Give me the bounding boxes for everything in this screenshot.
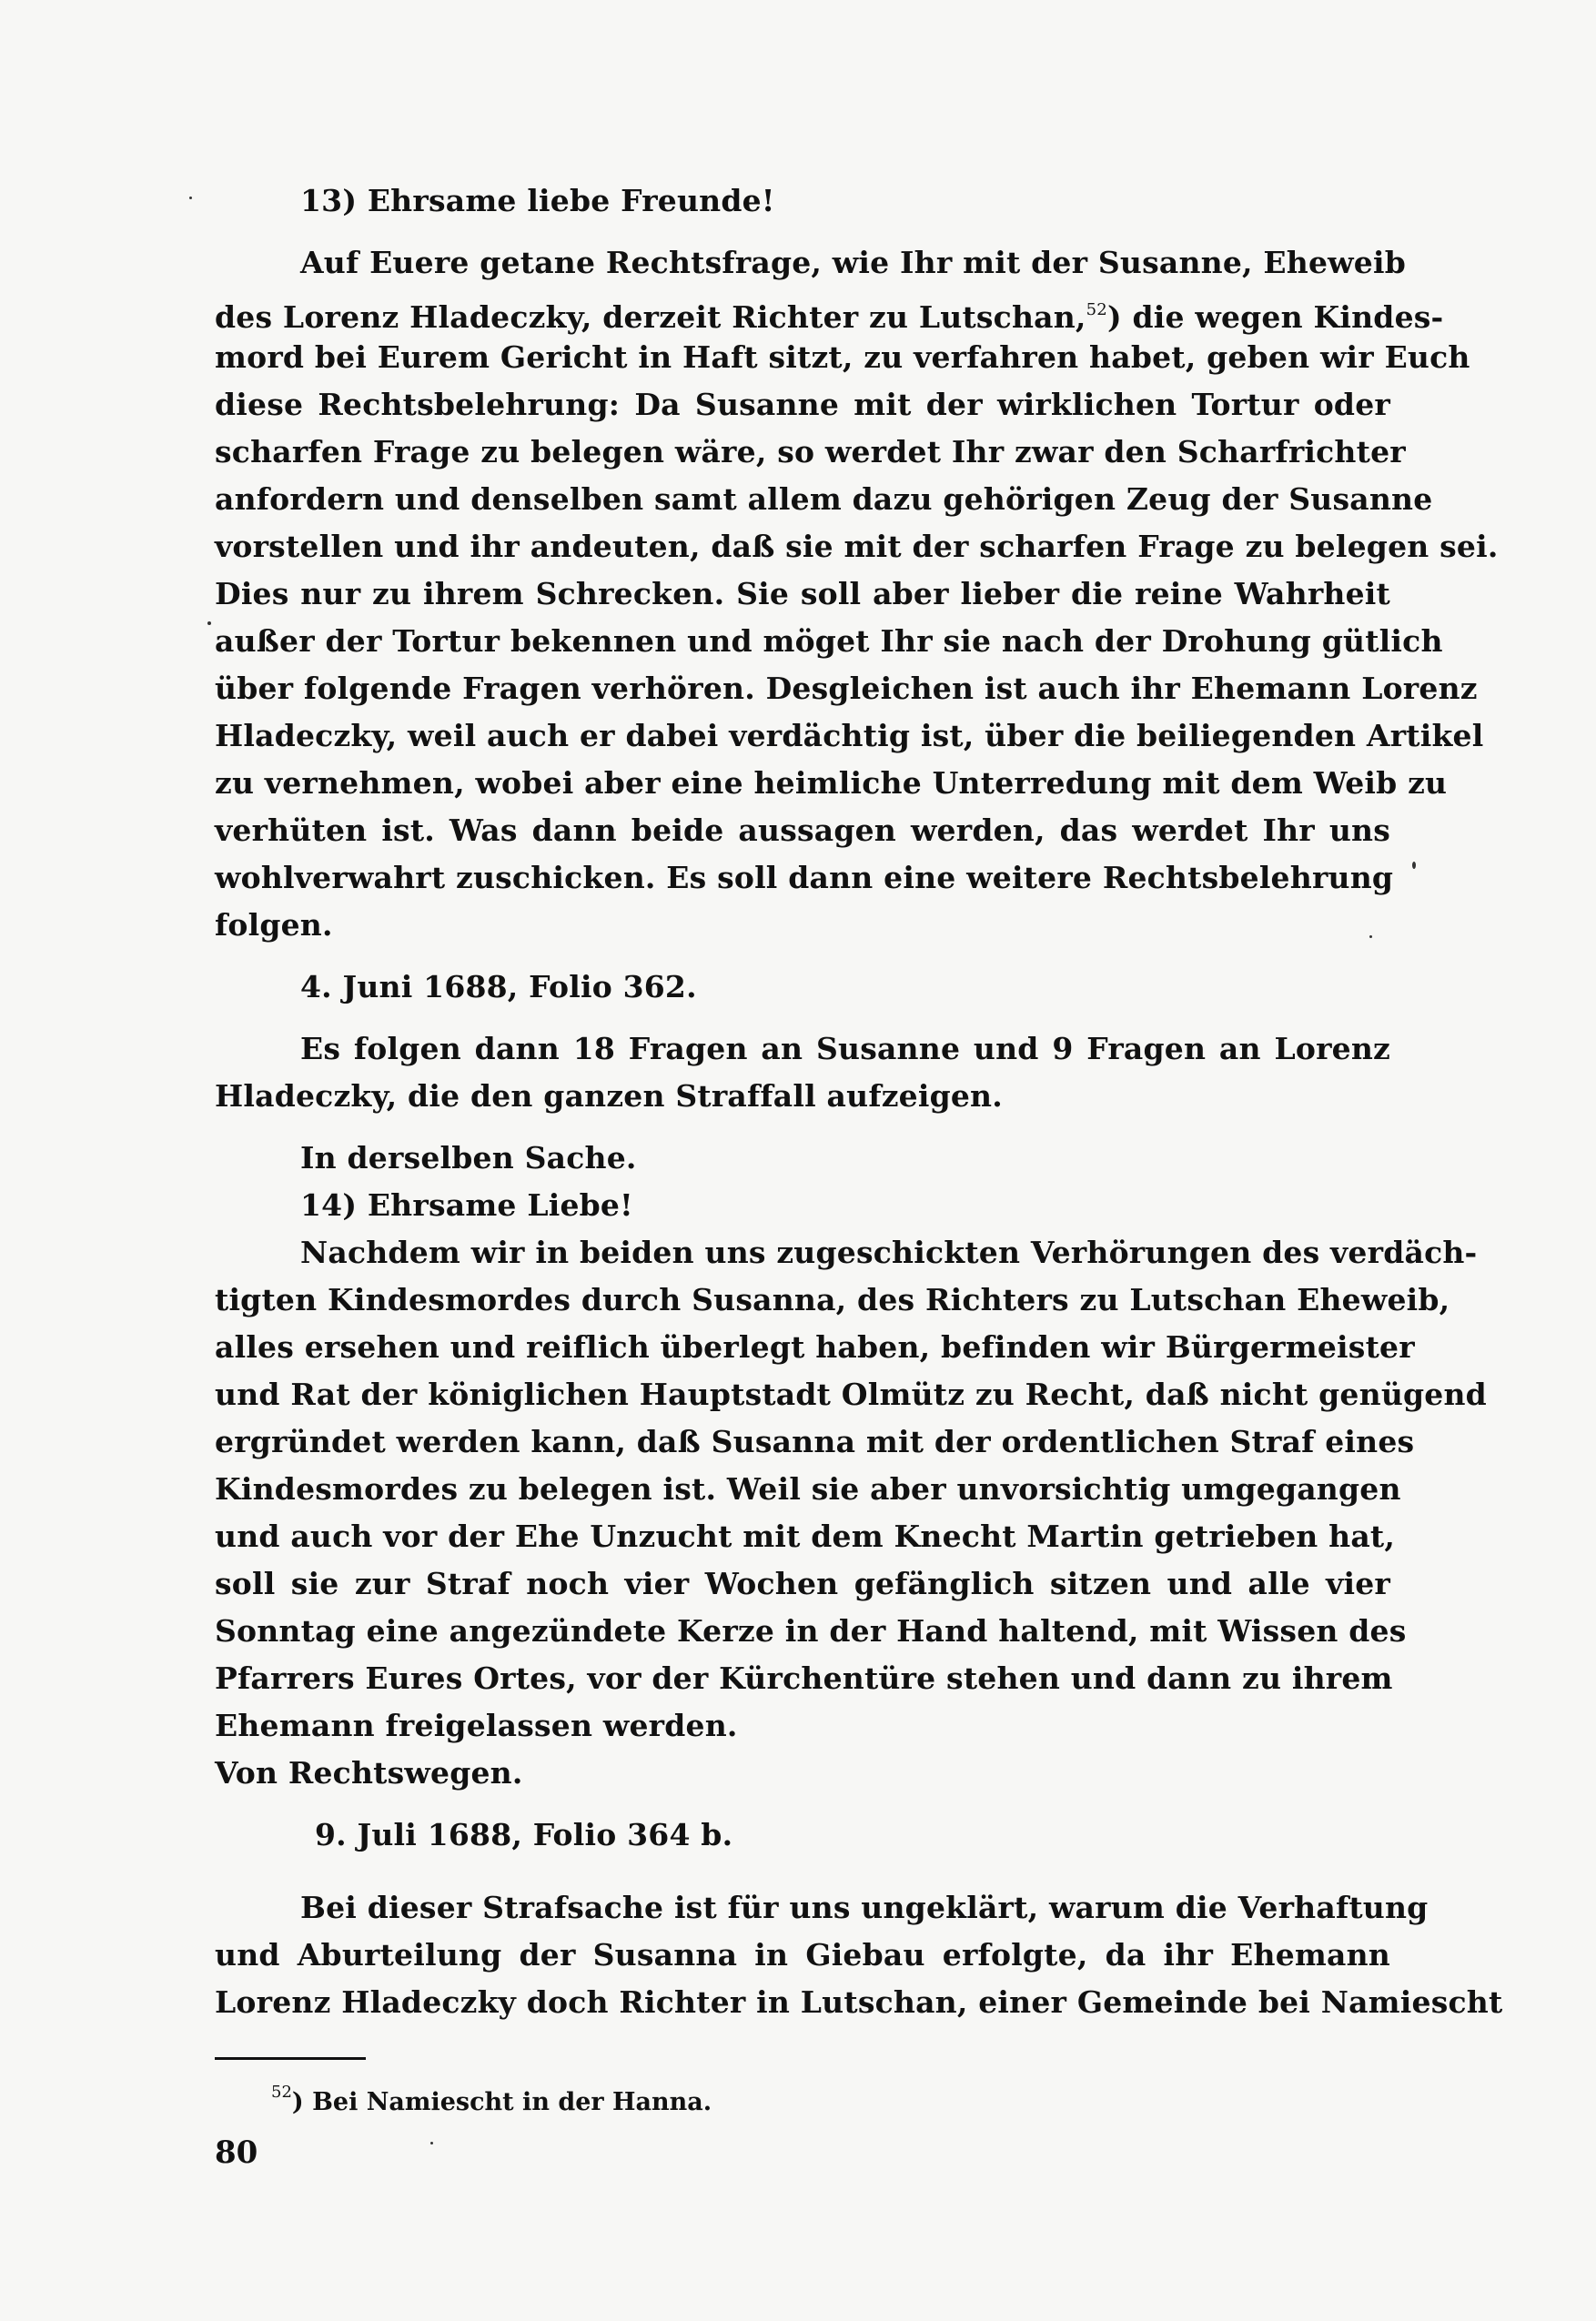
letter-14-closing: Von Rechtswegen.: [215, 1750, 1390, 1797]
body-line: scharfen Frage zu belegen wäre, so werde…: [215, 429, 1390, 476]
same-case-note: In derselben Sache.: [215, 1135, 1390, 1182]
body-line: Hladeczky, die den ganzen Straffall aufz…: [215, 1073, 1390, 1120]
letter-13-heading: 13) Ehrsame liebe Freunde!: [215, 177, 1390, 225]
scan-speck: [207, 621, 211, 625]
body-line: und Rat der königlichen Hauptstadt Olmüt…: [215, 1371, 1390, 1418]
body-line: anfordern und denselben samt allem dazu …: [215, 476, 1390, 523]
scan-speck: [1412, 862, 1416, 869]
body-line: über folgende Fragen verhören. Desgleich…: [215, 665, 1390, 712]
body-line: Pfarrers Eures Ortes, vor der Kürchentür…: [215, 1655, 1390, 1702]
footnote-ref[interactable]: 52: [1086, 300, 1107, 319]
body-line: Kindesmordes zu belegen ist. Weil sie ab…: [215, 1466, 1390, 1513]
page-body: 13) Ehrsame liebe Freunde! Auf Euere get…: [215, 177, 1390, 2026]
body-text: ) die wegen Kindes-: [1107, 299, 1444, 335]
body-line: Lorenz Hladeczky doch Richter in Lutscha…: [215, 1979, 1390, 2026]
letter-14-date: 9. Juli 1688, Folio 364 b.: [215, 1811, 1390, 1859]
body-line: und Aburteilung der Susanna in Giebau er…: [215, 1932, 1390, 1979]
body-line: zu vernehmen, wobei aber eine heimliche …: [215, 760, 1390, 807]
footnote-text: ) Bei Namiescht in der Hanna.: [292, 2088, 712, 2116]
body-line: mord bei Eurem Gericht in Haft sitzt, zu…: [215, 334, 1390, 381]
scan-speck: [189, 197, 192, 199]
body-line: und auch vor der Ehe Unzucht mit dem Kne…: [215, 1513, 1390, 1560]
letter-14-heading: 14) Ehrsame Liebe!: [215, 1182, 1390, 1229]
body-line: Dies nur zu ihrem Schrecken. Sie soll ab…: [215, 570, 1390, 618]
body-line: Nachdem wir in beiden uns zugeschickten …: [215, 1229, 1390, 1277]
footnote: 52) Bei Namiescht in der Hanna.: [271, 2074, 712, 2121]
body-line: ergründet werden kann, daß Susanna mit d…: [215, 1418, 1390, 1466]
body-line: Es folgen dann 18 Fragen an Susanne und …: [215, 1025, 1390, 1073]
scan-speck: [430, 2142, 433, 2144]
body-line: diese Rechtsbelehrung: Da Susanne mit de…: [215, 381, 1390, 429]
body-line-with-footnote-ref: des Lorenz Hladeczky, derzeit Richter zu…: [215, 287, 1390, 334]
body-line: soll sie zur Straf noch vier Wochen gefä…: [215, 1560, 1390, 1608]
body-line: Sonntag eine angezündete Kerze in der Ha…: [215, 1608, 1390, 1655]
body-line: Ehemann freigelassen werden.: [215, 1702, 1390, 1750]
body-line: außer der Tortur bekennen und möget Ihr …: [215, 618, 1390, 665]
body-line: alles ersehen und reiflich überlegt habe…: [215, 1324, 1390, 1371]
body-line: Hladeczky, weil auch er dabei verdächtig…: [215, 712, 1390, 760]
footnote-marker: 52: [271, 2083, 292, 2102]
body-line: wohlverwahrt zuschicken. Es soll dann ei…: [215, 854, 1390, 902]
page-number: 80: [215, 2134, 258, 2171]
body-line: Bei dieser Strafsache ist für uns ungekl…: [215, 1884, 1390, 1932]
body-line: Auf Euere getane Rechtsfrage, wie Ihr mi…: [215, 239, 1390, 287]
body-line: folgen.: [215, 902, 1390, 949]
body-line: vorstellen und ihr andeuten, daß sie mit…: [215, 523, 1390, 570]
letter-13-date: 4. Juni 1688, Folio 362.: [215, 964, 1390, 1011]
footnote-divider: [215, 2057, 366, 2060]
body-text: des Lorenz Hladeczky, derzeit Richter zu…: [215, 299, 1086, 335]
body-line: tigten Kindesmordes durch Susanna, des R…: [215, 1277, 1390, 1324]
body-line: verhüten ist. Was dann beide aussagen we…: [215, 807, 1390, 854]
scan-speck: [1369, 935, 1372, 938]
